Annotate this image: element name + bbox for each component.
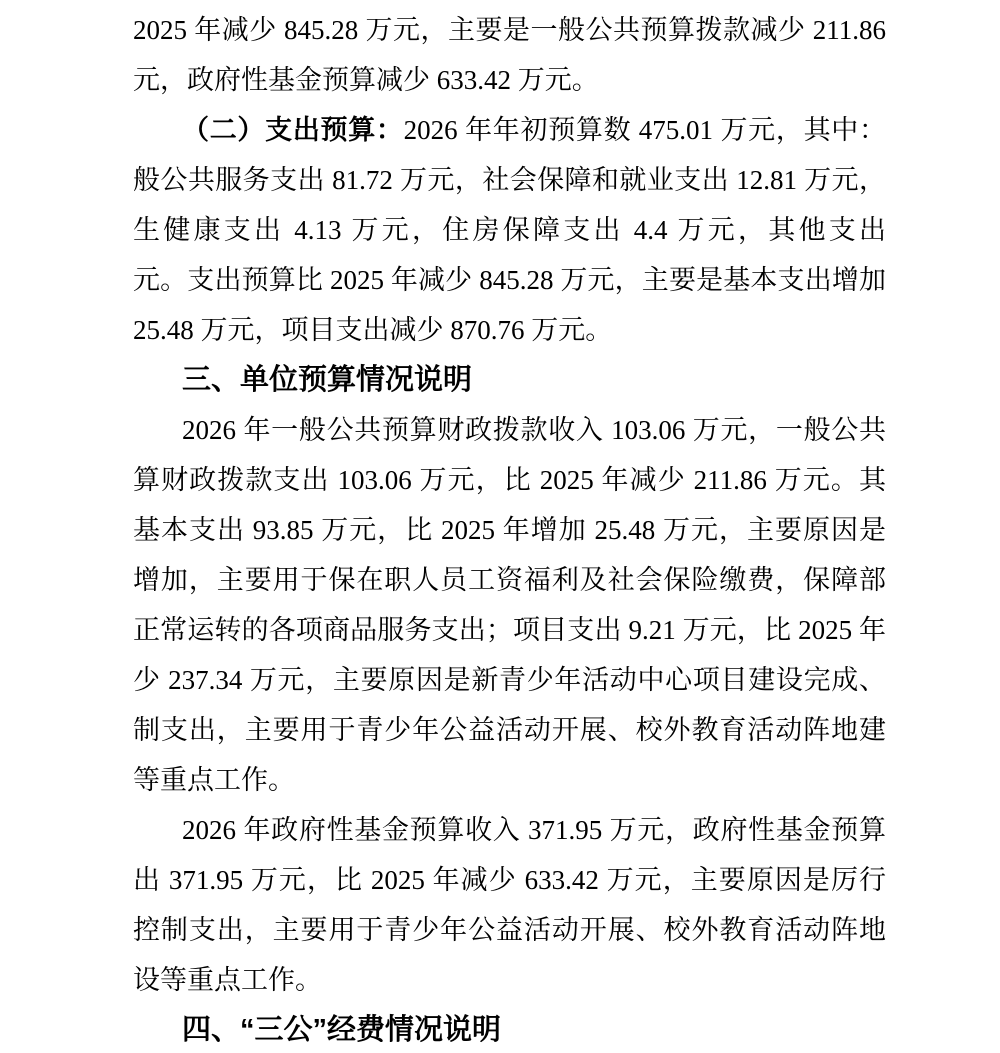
section-heading-unit-budget: 三、单位预算情况说明 bbox=[133, 355, 886, 405]
text-line: 控制支出，主要用于青少年公益活动开展、校外教育活动阵地建 bbox=[133, 905, 886, 955]
text-line: 基本支出 93.85 万元，比 2025 年增加 25.48 万元，主要原因是人… bbox=[133, 505, 886, 555]
text-line: 增加，主要用于保在职人员工资福利及社会保险缴费，保障部门 bbox=[133, 555, 886, 605]
section-heading-three-public-funds: 四、“三公”经费情况说明 bbox=[133, 1005, 886, 1053]
text-line: 出 371.95 万元，比 2025 年减少 633.42 万元，主要原因是厉行… bbox=[133, 855, 886, 905]
text-line: 正常运转的各项商品服务支出；项目支出 9.21 万元，比 2025 年减 bbox=[133, 605, 886, 655]
text-line: 设等重点工作。 bbox=[133, 955, 886, 1005]
text-line: 2026 年一般公共预算财政拨款收入 103.06 万元，一般公共预 bbox=[133, 405, 886, 455]
text-line: 元，政府性基金预算减少 633.42 万元。 bbox=[133, 55, 886, 105]
bold-lead-text: （二）支出预算： bbox=[182, 115, 404, 145]
text-line: 25.48 万元，项目支出减少 870.76 万元。 bbox=[133, 305, 886, 355]
text-line: （二）支出预算：2026 年年初预算数 475.01 万元，其中：一 bbox=[133, 105, 886, 155]
text-line: 制支出，主要用于青少年公益活动开展、校外教育活动阵地建设 bbox=[133, 705, 886, 755]
text-line: 2026 年政府性基金预算收入 371.95 万元，政府性基金预算支 bbox=[133, 805, 886, 855]
text-line: 等重点工作。 bbox=[133, 755, 886, 805]
text-line: 2025 年减少 845.28 万元，主要是一般公共预算拨款减少 211.86 … bbox=[133, 5, 886, 55]
document-body: 2025 年减少 845.28 万元，主要是一般公共预算拨款减少 211.86 … bbox=[133, 5, 886, 1053]
text-line: 般公共服务支出 81.72 万元，社会保障和就业支出 12.81 万元，卫 bbox=[133, 155, 886, 205]
text-line: 生健康支出 4.13 万元，住房保障支出 4.4 万元，其他支出 371.95 … bbox=[133, 205, 886, 255]
text-line: 算财政拨款支出 103.06 万元，比 2025 年减少 211.86 万元。其… bbox=[133, 455, 886, 505]
text-line: 元。支出预算比 2025 年减少 845.28 万元，主要是基本支出增加 bbox=[133, 255, 886, 305]
document-page: 2025 年减少 845.28 万元，主要是一般公共预算拨款减少 211.86 … bbox=[0, 0, 1000, 1053]
text-line: 少 237.34 万元，主要原因是新青少年活动中心项目建设完成、控 bbox=[133, 655, 886, 705]
